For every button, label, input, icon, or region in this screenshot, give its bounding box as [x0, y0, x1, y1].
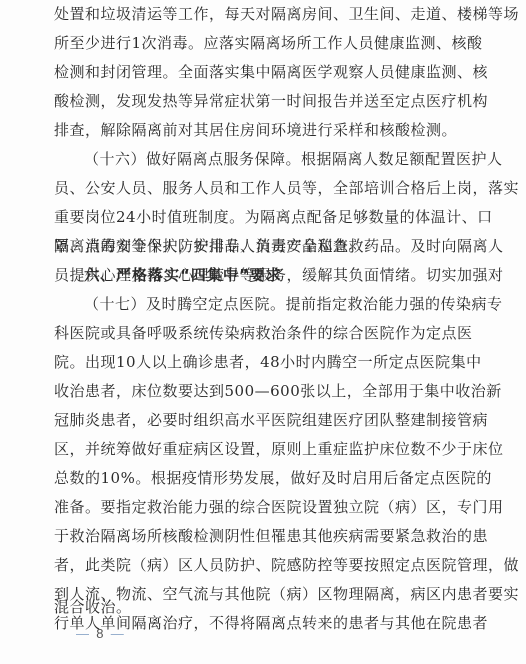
text-line: 冠肺炎患者，必要时组织高水平医院组建医疗团队整建制接管病: [54, 409, 472, 431]
text-line: 总数的10%。根据疫情形势发展，做好及时启用后备定点医院的: [54, 467, 472, 489]
text-line: 于救治隔离场所核酸检测阴性但罹患其他疾病需要紧急救治的患: [54, 525, 472, 547]
text-line: 隔离点的安全保护，安排专人负责安全巡查。: [54, 235, 472, 257]
text-line: 者，此类院（病）区人员防护、院感防控等要按照定点医院管理，做: [54, 554, 472, 576]
page-number: — 8 —: [76, 626, 124, 641]
document-page-lower: 隔离点的安全保护，安排专人负责安全巡查。 六、严格落实“四集中”要求 （十七）及…: [0, 0, 526, 664]
section-heading: 六、严格落实“四集中”要求: [84, 264, 472, 286]
text-line: 准备。要指定救治能力强的综合医院设置独立院（病）区，专门用: [54, 496, 472, 518]
text-line: 科医院或具备呼吸系统传染病救治条件的综合医院作为定点医: [54, 322, 472, 344]
text-line: 收治患者，床位数要达到500—600张以上，全部用于集中收治新: [54, 380, 472, 402]
text-line: 院。出现10人以上确诊患者，48小时内腾空一所定点医院集中: [54, 351, 472, 373]
text-line: 混合收治。: [54, 596, 472, 618]
page-number-dash-right: —: [111, 626, 124, 641]
page-number-dash-left: —: [76, 626, 89, 641]
page-number-value: 8: [96, 626, 103, 641]
text-line: 区，并统筹做好重症病区设置，原则上重症监护床位数不少于床位: [54, 438, 472, 460]
paragraph-17-first-line: （十七）及时腾空定点医院。提前指定救治能力强的传染病专: [84, 293, 472, 315]
